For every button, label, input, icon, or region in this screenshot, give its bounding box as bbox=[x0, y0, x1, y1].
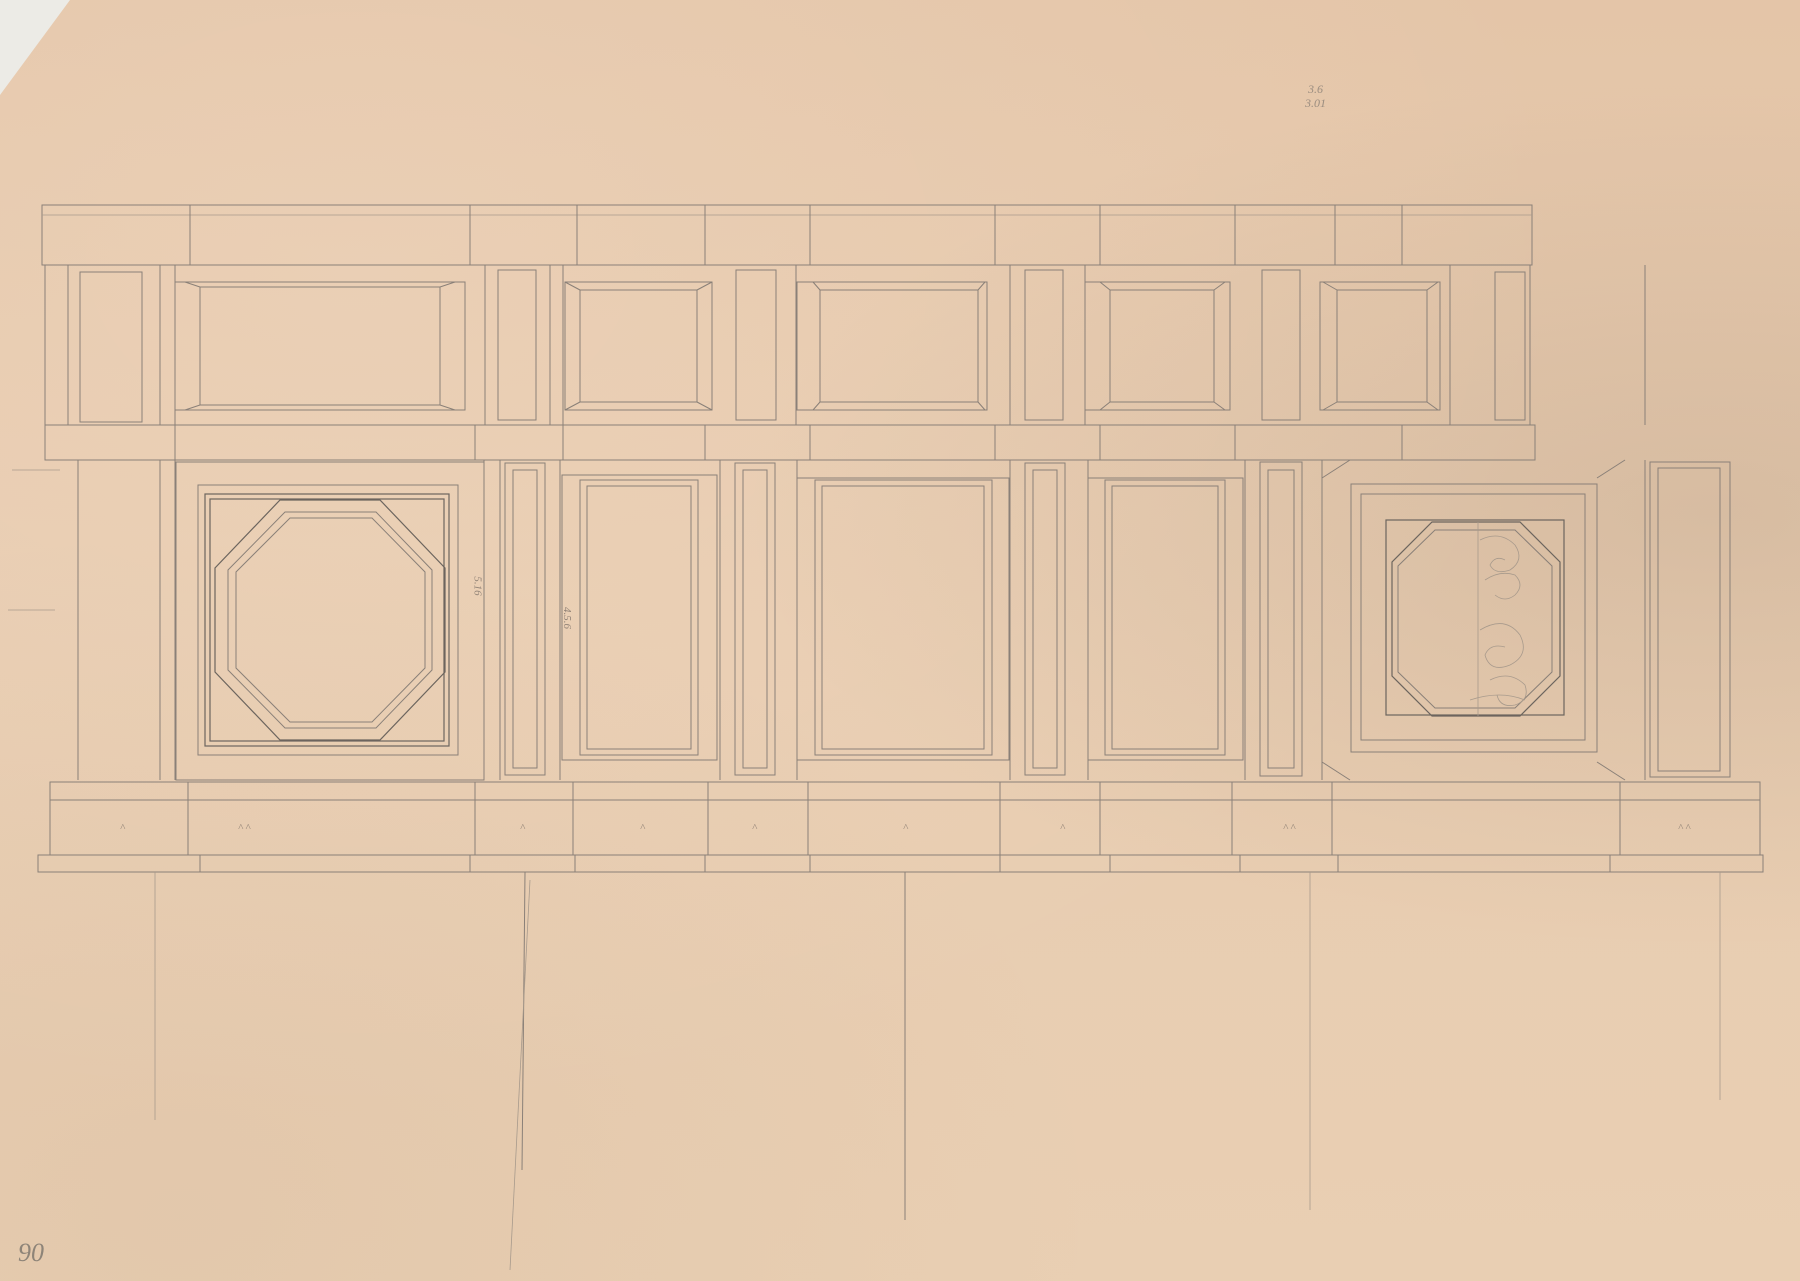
base-marker: ^ ^ bbox=[1283, 822, 1295, 834]
base-marker: ^ ^ bbox=[238, 822, 250, 834]
base-marker: ^ bbox=[640, 822, 645, 834]
panel-elevation-drawing bbox=[0, 0, 1800, 1281]
top-note-line: 3.01 bbox=[1305, 96, 1326, 110]
vertical-dimension: 5.16 bbox=[472, 576, 484, 595]
left-octagon-panel bbox=[176, 462, 484, 780]
upper-panel-row bbox=[45, 265, 1645, 425]
base-marker: ^ bbox=[1060, 822, 1065, 834]
construction-lines bbox=[8, 470, 1720, 1270]
base-marker: ^ bbox=[520, 822, 525, 834]
paper-sheet: ^ ^ ^ ^ ^ ^ ^ ^ ^ ^ ^ ^ 5.16 4.5.6 3.6 3… bbox=[0, 0, 1800, 1281]
top-note: 3.6 3.01 bbox=[1305, 82, 1326, 110]
middle-rail bbox=[45, 425, 1535, 460]
base-marker: ^ bbox=[120, 822, 125, 834]
base-marker: ^ ^ bbox=[1678, 822, 1690, 834]
base-marker: ^ bbox=[752, 822, 757, 834]
dado-row bbox=[78, 460, 1730, 780]
frieze-band bbox=[42, 205, 1532, 265]
acanthus-scroll-sketch bbox=[1470, 522, 1526, 716]
base-marker: ^ bbox=[903, 822, 908, 834]
vertical-dimension: 4.5.6 bbox=[561, 607, 573, 629]
base-plinth bbox=[38, 782, 1763, 872]
right-octagon-panel bbox=[1322, 460, 1625, 780]
sheet-number: 90 bbox=[18, 1238, 44, 1268]
top-note-line: 3.6 bbox=[1305, 82, 1326, 96]
